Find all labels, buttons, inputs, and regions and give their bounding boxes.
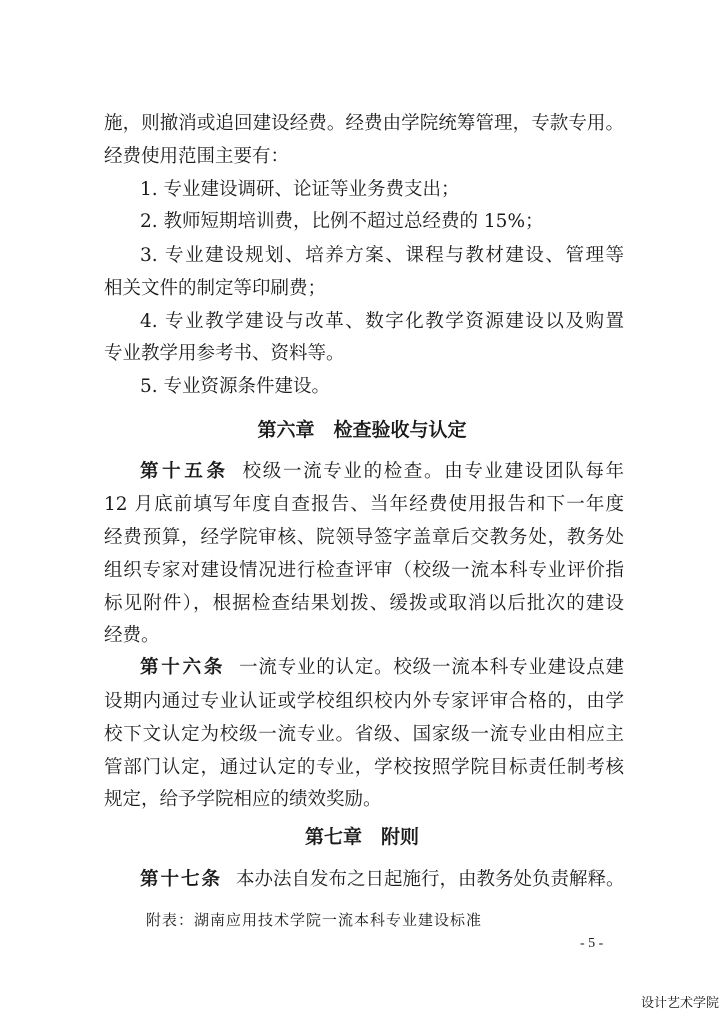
article-17-label: 第十七条 xyxy=(140,869,222,890)
page-number: - 5 - xyxy=(580,935,603,953)
article-15-line: 经费。 xyxy=(104,625,624,647)
chapter-heading-6: 第六章 检查验收与认定 xyxy=(0,418,724,442)
article-15-line: 标见附件），根据检查结果划拨、缓拨或取消以后批次的建设 xyxy=(104,593,624,615)
list-item-3: 3. 专业建设规划、培养方案、课程与教材建设、管理等 xyxy=(140,245,624,267)
paragraph-line: 经费使用范围主要有： xyxy=(104,146,624,168)
article-15-text: 校级一流专业的检查。由专业建设团队每年 xyxy=(243,461,624,482)
list-item-2: 2. 教师短期培训费，比例不超过总经费的 15%； xyxy=(140,211,624,233)
article-16-line: 管部门认定，通过认定的专业，学校按照学院目标责任制考核 xyxy=(104,757,624,779)
list-item-1: 1. 专业建设调研、论证等业务费支出； xyxy=(140,179,624,201)
article-15-label: 第十五条 xyxy=(140,461,229,482)
article-16-label: 第十六条 xyxy=(140,657,225,678)
list-item-3-cont: 相关文件的制定等印刷费； xyxy=(104,278,624,300)
article-17-line: 第十七条本办法自发布之日起施行，由教务处负责解释。 xyxy=(140,869,624,891)
attachment-note: 附表：湖南应用技术学院一流本科专业建设标准 xyxy=(146,910,482,930)
chapter-heading-7: 第七章 附则 xyxy=(0,825,724,849)
article-15-line: 12 月底前填写年度自查报告、当年经费使用报告和下一年度 xyxy=(104,494,624,516)
paragraph-line: 施，则撤消或追回建设经费。经费由学院统筹管理，专款专用。 xyxy=(104,113,624,135)
article-17-text: 本办法自发布之日起施行，由教务处负责解释。 xyxy=(236,869,625,890)
article-16-line: 校下文认定为校级一流专业。省级、国家级一流专业由相应主 xyxy=(104,724,624,746)
article-15-line: 组织专家对建设情况进行检查评审（校级一流本科专业评价指 xyxy=(104,560,624,582)
list-item-4: 4. 专业教学建设与改革、数字化教学资源建设以及购置 xyxy=(140,311,624,333)
article-16-line: 设期内通过专业认证或学校组织校内外专家评审合格的，由学 xyxy=(104,691,624,713)
list-item-4-cont: 专业教学用参考书、资料等。 xyxy=(104,343,624,365)
watermark-label: 设计艺术学院 xyxy=(641,996,719,1012)
article-15-first-line: 第十五条校级一流专业的检查。由专业建设团队每年 xyxy=(140,461,624,483)
article-16-text: 一流专业的认定。校级一流本科专业建设点建 xyxy=(239,657,624,678)
article-16-first-line: 第十六条一流专业的认定。校级一流本科专业建设点建 xyxy=(140,657,624,679)
article-16-line: 规定，给予学院相应的绩效奖励。 xyxy=(104,789,624,811)
document-page: 施，则撤消或追回建设经费。经费由学院统筹管理，专款专用。 经费使用范围主要有： … xyxy=(0,0,724,1024)
list-item-5: 5. 专业资源条件建设。 xyxy=(140,376,624,398)
article-15-line: 经费预算，经学院审核、院领导签字盖章后交教务处，教务处 xyxy=(104,527,624,549)
